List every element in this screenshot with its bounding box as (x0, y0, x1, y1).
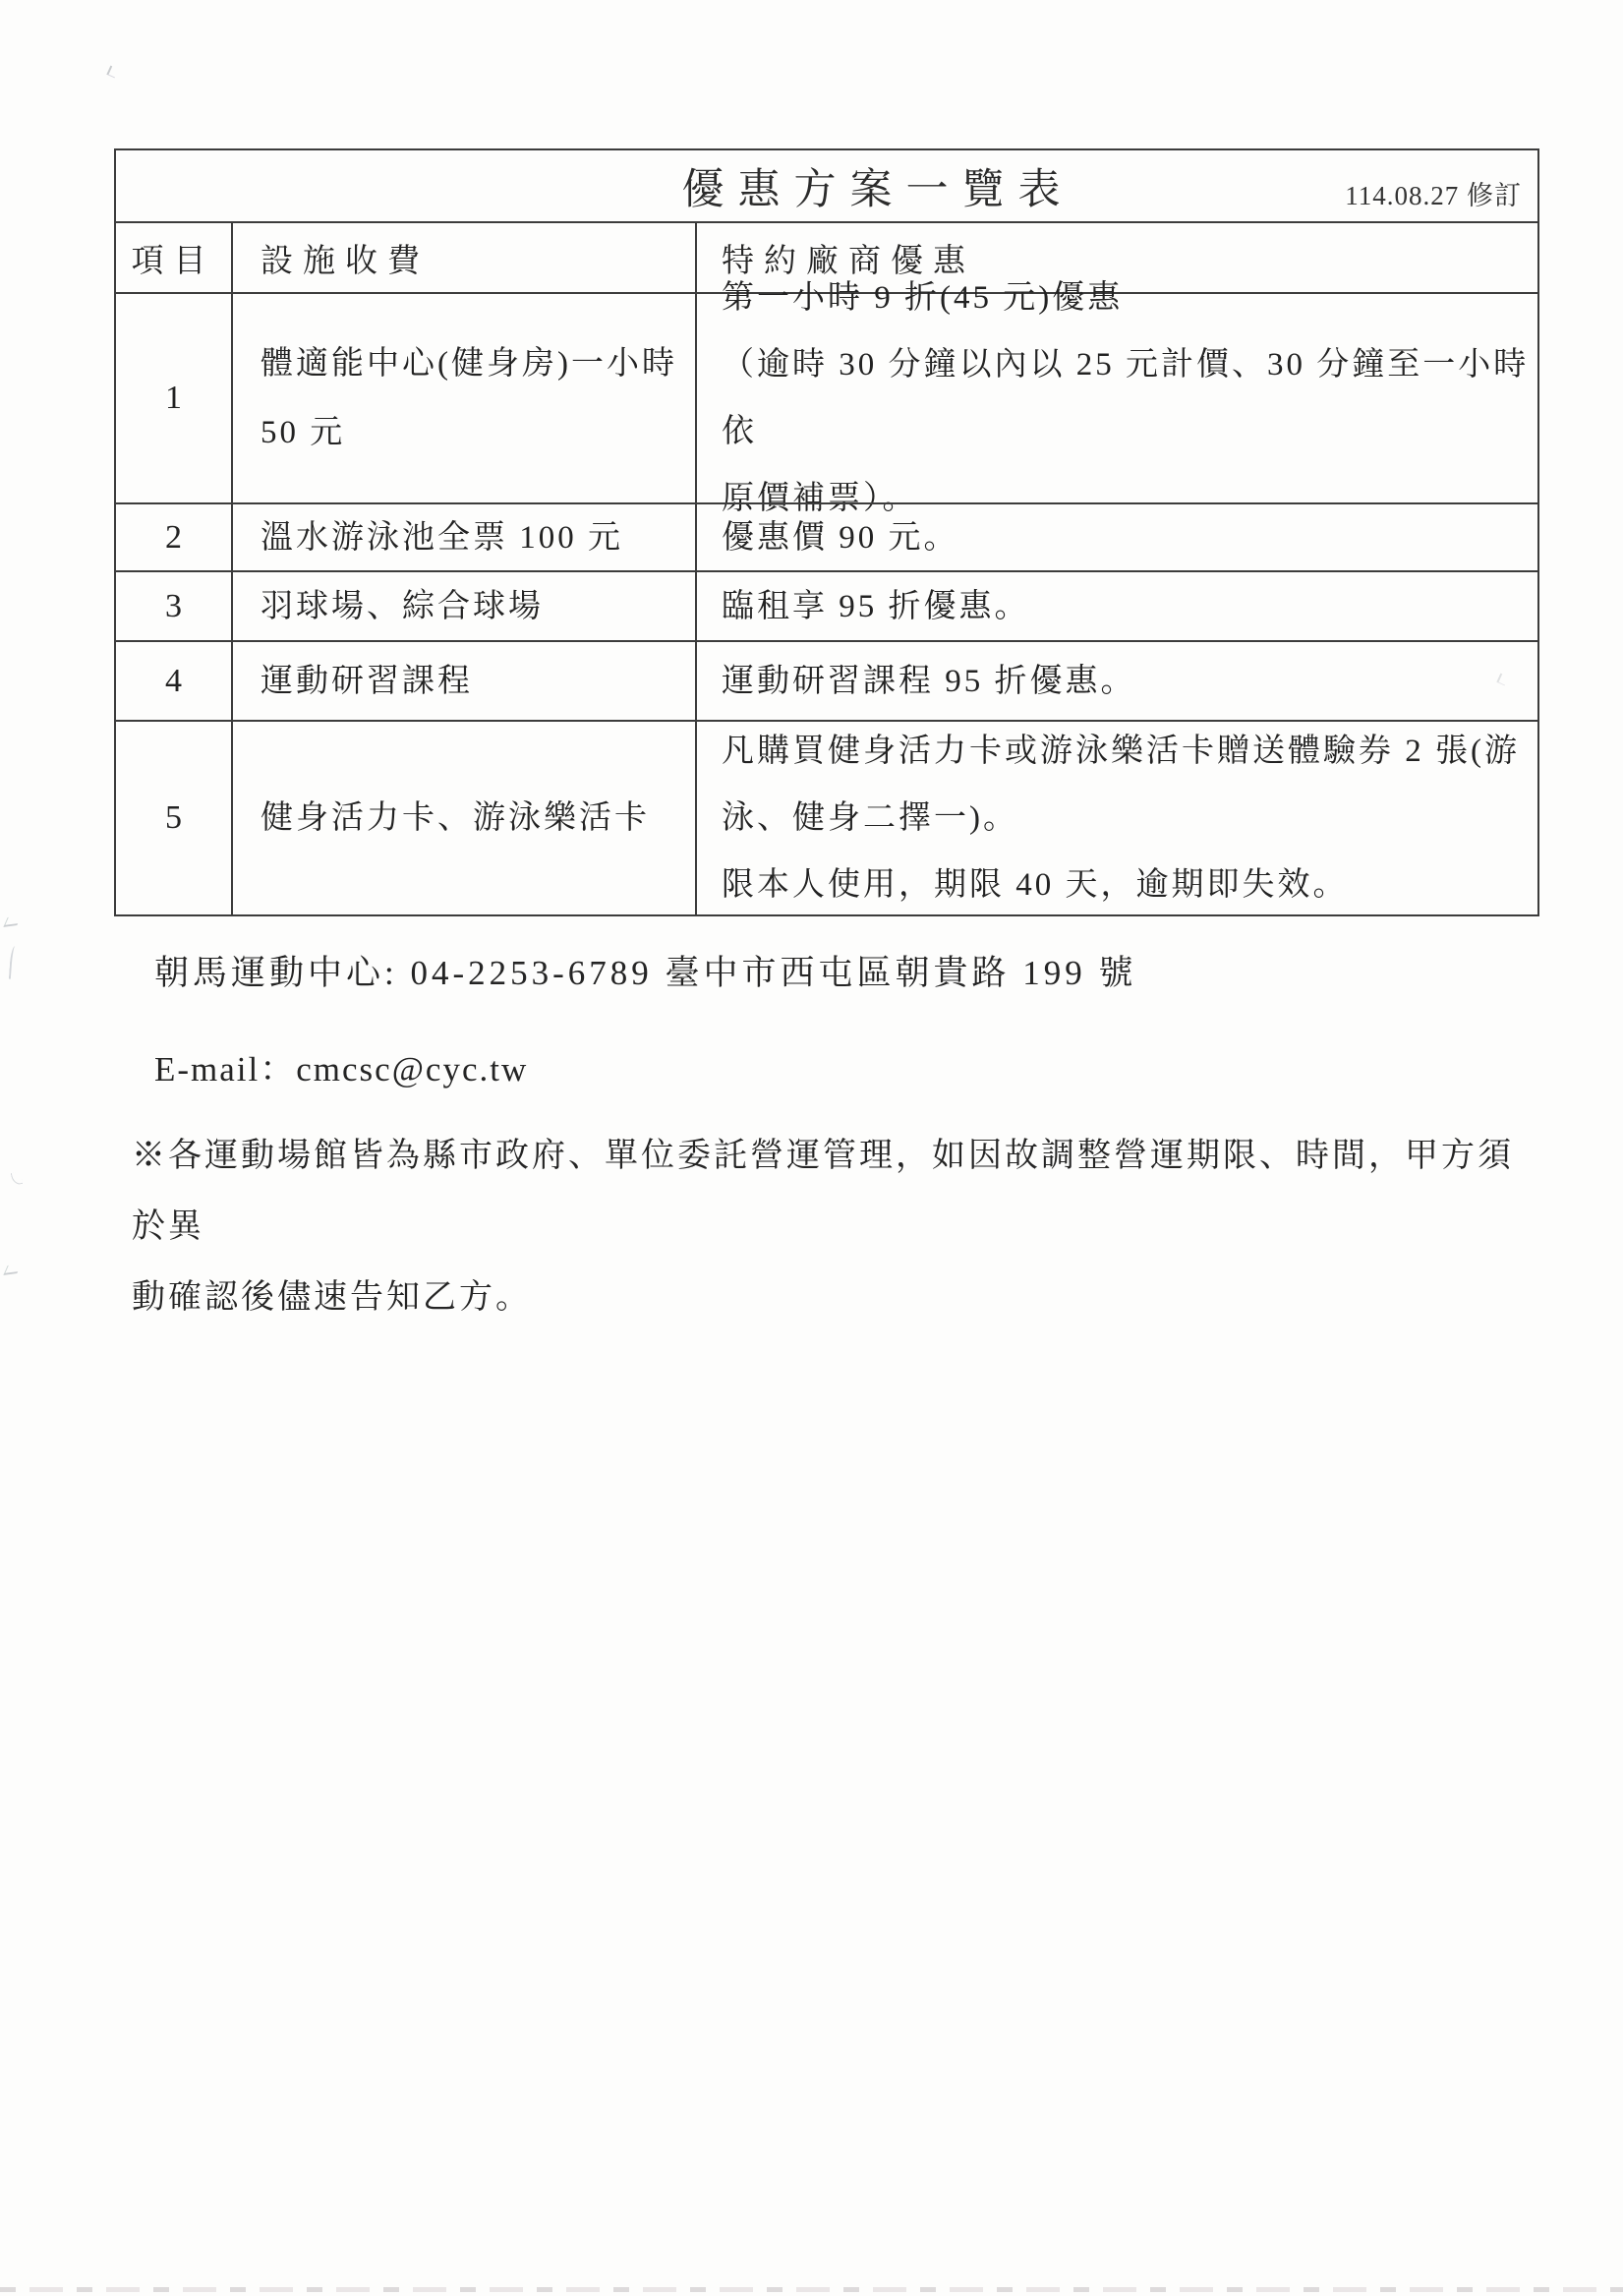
scan-edge-noise (0, 2287, 1623, 2292)
revision-date: 114.08.27 修訂 (1345, 174, 1522, 212)
table-row-2-no: 2 (116, 502, 231, 570)
row-number: 2 (165, 519, 182, 557)
row-number: 1 (165, 380, 182, 417)
fee-line: 50 元 (261, 398, 689, 467)
table-row-3-fee: 羽球場、綜合球場 (231, 570, 695, 640)
scanned-document-page: 優惠方案一覽表 114.08.27 修訂 項目 設施收費 特約廠商優惠 1 體適… (0, 0, 1623, 2296)
table-row-4-fee: 運動研習課程 (231, 640, 695, 720)
table-row-4-discount: 運動研習課程 95 折優惠。 (695, 640, 1537, 720)
table-row-2-discount: 優惠價 90 元。 (695, 502, 1537, 570)
footnote: ※各運動場館皆為縣市政府、單位委託營運管理，如因故調整營運期限、時間，甲方須於異… (132, 1121, 1537, 1333)
discount-line: 優惠價 90 元。 (722, 503, 1532, 572)
discount-line: 臨租享 95 折優惠。 (722, 572, 1532, 641)
table-row-5-fee: 健身活力卡、游泳樂活卡 (231, 720, 695, 914)
footnote-line: 動確認後儘速告知乙方。 (132, 1263, 1537, 1333)
email-address: E-mail：cmcsc@cyc.tw (154, 1042, 528, 1091)
contact-phone-address: 朝馬運動中心: 04-2253-6789 臺中市西屯區朝貴路 199 號 (154, 946, 1137, 995)
row-number: 5 (165, 799, 182, 837)
column-header-facility-fee: 設施收費 (231, 221, 695, 292)
row-number: 4 (165, 663, 182, 700)
discount-line: 運動研習課程 95 折優惠。 (722, 647, 1532, 716)
discount-line: 限本人使用，期限 40 天，逾期即失效。 (722, 852, 1532, 918)
table-row-1-no: 1 (116, 292, 231, 502)
page-title: 優惠方案一覽表 (682, 156, 1074, 216)
table-row-5-no: 5 (116, 720, 231, 914)
fee-line: 體適能中心(健身房)一小時 (261, 329, 689, 398)
table-grid: 項目 設施收費 特約廠商優惠 1 體適能中心(健身房)一小時 50 元 第一小時… (116, 221, 1537, 914)
discount-line: 泳、健身二擇一)。 (722, 785, 1532, 852)
table-row-3-discount: 臨租享 95 折優惠。 (695, 570, 1537, 640)
scan-speck (3, 915, 21, 927)
table-row-2-fee: 溫水游泳池全票 100 元 (231, 502, 695, 570)
discount-line: 第一小時 9 折(45 元)優惠 (722, 265, 1532, 331)
scan-speck (11, 1171, 23, 1186)
discount-line: （逾時 30 分鐘以內以 25 元計價、30 分鐘至一小時依 (722, 331, 1532, 465)
fee-line: 溫水游泳池全票 100 元 (261, 503, 689, 572)
fee-line: 運動研習課程 (261, 647, 689, 716)
table-row-1-discount: 第一小時 9 折(45 元)優惠 （逾時 30 分鐘以內以 25 元計價、30 … (695, 292, 1537, 502)
fee-line: 羽球場、綜合球場 (261, 572, 689, 641)
row-number: 3 (165, 588, 182, 625)
table-row-5-discount: 凡購買健身活力卡或游泳樂活卡贈送體驗券 2 張(游 泳、健身二擇一)。 限本人使… (695, 720, 1537, 914)
table-row-4-no: 4 (116, 640, 231, 720)
scan-speck (106, 66, 118, 79)
scan-speck (3, 1264, 21, 1275)
table-row-3-no: 3 (116, 570, 231, 640)
column-header-item: 項目 (116, 221, 231, 292)
table-row-1-fee: 體適能中心(健身房)一小時 50 元 (231, 292, 695, 502)
scan-speck (9, 946, 18, 979)
fee-line: 健身活力卡、游泳樂活卡 (261, 784, 689, 853)
table-title-row: 優惠方案一覽表 114.08.27 修訂 (116, 150, 1537, 221)
pricing-table: 優惠方案一覽表 114.08.27 修訂 項目 設施收費 特約廠商優惠 1 體適… (114, 148, 1539, 916)
discount-line: 凡購買健身活力卡或游泳樂活卡贈送體驗券 2 張(游 (722, 718, 1532, 785)
footnote-line: ※各運動場館皆為縣市政府、單位委託營運管理，如因故調整營運期限、時間，甲方須於異 (132, 1121, 1537, 1263)
